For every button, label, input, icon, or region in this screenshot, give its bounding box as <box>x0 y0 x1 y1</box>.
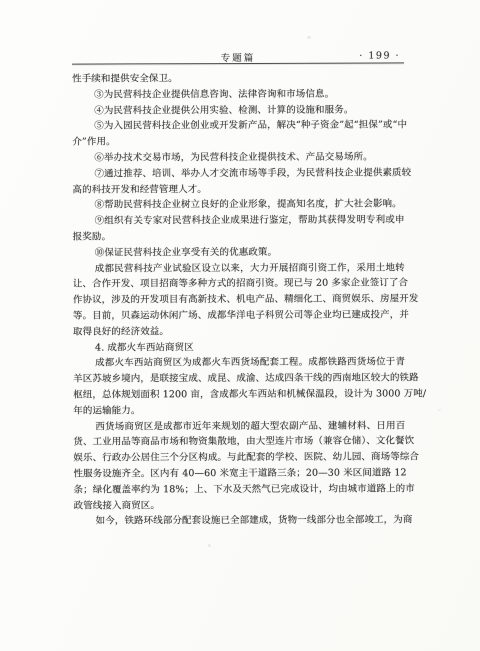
text-line: 货、工业用品等商品市场和物资集散地，由大型连片市场（兼容仓储）、文化餐饮 <box>73 434 405 451</box>
body-text: 性手续和提供安全保卫。③为民营科技企业提供信息咨询、法律咨询和市场信息。④为民营… <box>72 70 406 529</box>
text-line: 成都火车西站商贸区为成都火车西货场配套工程。成都铁路西货场位于青 <box>73 355 405 372</box>
text-line: 4. 成都火车西站商贸区 <box>73 339 405 356</box>
text-line: ⑤为入园民营科技企业创业或开发新产品，解决“种子资金”起“担保”或“中 <box>72 118 404 135</box>
text-line: ⑧帮助民营科技企业树立良好的企业形象，提高知名度，扩大社会影响。 <box>73 197 405 214</box>
text-line: 羊区苏坡乡境内，是联接宝成、成昆、成渝、达成四条干线的西南地区较大的铁路 <box>73 371 405 388</box>
text-line: ⑨组织有关专家对民营科技企业成果进行鉴定，帮助其获得发明专利或申 <box>73 213 405 230</box>
running-title: 专题篇 <box>72 49 404 64</box>
text-line: ③为民营科技企业提供信息咨询、法律咨询和市场信息。 <box>72 86 404 103</box>
text-line: 枢纽，总体规划面积 1200 亩，含成都火车西站和机械保温段，设计为 3000 … <box>73 386 405 403</box>
text-line: 性服务设施齐全。区内有 40—60 米宽主干道路三条；20—30 米区间道路 1… <box>73 465 405 482</box>
text-line: 让、合作开发、项目招商等多种方式的招商引资。现已与 20 多家企业签订了合 <box>73 276 405 293</box>
scan-speck <box>307 36 311 39</box>
text-line: 高的科技开发和经营管理人才。 <box>72 181 404 198</box>
text-line: ④为民营科技企业提供公用实验、检测、计算的设施和服务。 <box>72 102 404 119</box>
text-line: ⑩保证民营科技企业享受有关的优惠政策。 <box>73 244 405 261</box>
text-line: 条；绿化覆盖率约为 18%；上、下水及天然气已完成设计，均由城市道路上的市 <box>74 481 406 498</box>
text-line: 作协议，涉及的开发项目有高新技术、机电产品、精细化工、商贸娱乐、房屋开发 <box>73 292 405 309</box>
text-line: 性手续和提供安全保卫。 <box>72 70 404 87</box>
scan-speck <box>438 409 441 411</box>
text-line: 西货场商贸区是成都市近年来规划的超大型农副产品、建辅材料、日用百 <box>73 418 405 435</box>
page-header: 专题篇 · 199 · <box>72 49 404 64</box>
scan-speck <box>208 544 211 547</box>
scanned-document-page: 专题篇 · 199 · 性手续和提供安全保卫。③为民营科技企业提供信息咨询、法律… <box>0 0 480 651</box>
text-line: 政管线接入商贸区。 <box>74 497 406 514</box>
text-line: 报奖励。 <box>73 228 405 245</box>
text-line: 等。目前，贝森运动休闲广场、成都华洋电子科贸公司等企业均已建成投产，并 <box>73 307 405 324</box>
text-line: 年的运输能力。 <box>73 402 405 419</box>
text-line: 娱乐、行政办公居住三个分区构成。与此配套的学校、医院、幼儿园、商场等综合 <box>73 450 405 467</box>
text-line: 如今，铁路环线部分配套设施已全部建成，货物一线部分也全部竣工，为商 <box>74 513 406 530</box>
text-line: ⑥举办技术交易市场，为民营科技企业提供技术、产品交易场所。 <box>72 149 404 166</box>
page-number: · 199 · <box>359 50 400 61</box>
text-line: ⑦通过推荐、培训、举办人才交流市场等手段，为民营科技企业提供素质较 <box>72 165 404 182</box>
page-content: 专题篇 · 199 · 性手续和提供安全保卫。③为民营科技企业提供信息咨询、法律… <box>72 49 406 529</box>
text-line: 介”作用。 <box>72 134 404 151</box>
text-line: 取得良好的经济效益。 <box>73 323 405 340</box>
text-line: 成都民营科技产业试验区设立以来，大力开展招商引资工作，采用土地转 <box>73 260 405 277</box>
